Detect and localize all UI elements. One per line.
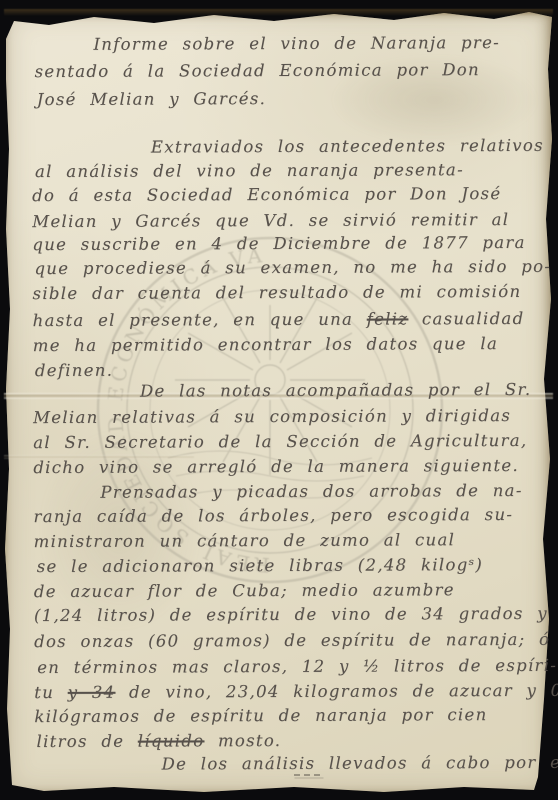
title-line: Informe sobre el vino de Naranja pre-: [93, 32, 500, 56]
manuscript-line: al Sr. Secretario de la Sección de Agric…: [33, 430, 527, 454]
struck-word: líquido: [138, 731, 205, 750]
manuscript-line: litros de líquido mosto.: [36, 730, 281, 753]
manuscript-line: sible dar cuenta del resultado de mi com…: [32, 281, 521, 305]
line-text: mosto.: [204, 731, 281, 750]
pencil-dash-mark: [294, 774, 324, 776]
manuscript-line: se le adicionaron siete libras (2,48 kil…: [37, 554, 484, 578]
line-text: casualidad: [408, 309, 524, 329]
manuscript-line: dos onzas (60 gramos) de espíritu de nar…: [34, 629, 550, 653]
manuscript-line: Prensadas y picadas dos arrobas de na-: [100, 480, 522, 504]
manuscript-line: que procediese á su examen, no me ha sid…: [34, 256, 551, 280]
manuscript-text: Informe sobre el vino de Naranja pre- se…: [0, 0, 558, 800]
line-text: tu: [34, 683, 67, 702]
manuscript-line: De los análisis llevados á cabo por el: [162, 752, 558, 776]
line-text: hasta el presente, en que una: [33, 310, 367, 330]
manuscript-line: al análisis del vino de naranja presenta…: [35, 159, 464, 183]
struck-word: y 34: [68, 683, 116, 702]
manuscript-line: do á esta Sociedad Económica por Don Jos…: [32, 183, 501, 207]
scanned-document-page: REAL SOCIEDAD ECONÓMICA VALENCIANA DE AM…: [0, 0, 558, 800]
manuscript-line: De las notas acompañadas por el Sr.: [140, 379, 532, 403]
manuscript-line: hasta el presente, en que una feliz casu…: [33, 308, 525, 332]
title-line: José Melian y Garcés.: [37, 88, 267, 111]
manuscript-line: Melian relativas á su composición y diri…: [33, 405, 511, 429]
manuscript-line: en términos mas claros, 12 y ½ litros de…: [37, 655, 557, 679]
line-text: de vino, 23,04 kilogramos de azucar y 0,…: [115, 681, 558, 702]
manuscript-line: Melian y Garcés que Vd. se sirvió remiti…: [32, 209, 509, 233]
manuscript-line: Extraviados los antecedentes relativos: [151, 135, 544, 159]
line-text: litros de: [36, 732, 137, 751]
struck-word: feliz: [367, 309, 409, 328]
manuscript-line: que suscribe en 4 de Diciembre de 1877 p…: [32, 232, 526, 256]
manuscript-line: (1,24 litros) de espíritu de vino de 34 …: [34, 603, 548, 627]
title-line: sentado á la Sociedad Económica por Don: [35, 59, 480, 83]
manuscript-line: definen.: [35, 360, 113, 382]
manuscript-line: dicho vino se arregló de la manera sigui…: [33, 455, 519, 479]
manuscript-line: me ha permitido encontrar los datos que …: [33, 333, 498, 357]
manuscript-line: de azucar flor de Cuba; medio azumbre: [34, 579, 455, 603]
manuscript-line: ministraron un cántaro de zumo al cual: [34, 529, 456, 553]
manuscript-line: kilógramos de espíritu de naranja por ci…: [34, 704, 487, 728]
manuscript-line: tu y 34 de vino, 23,04 kilogramos de azu…: [34, 680, 558, 704]
manuscript-line: ranja caída de los árboles, pero escogid…: [33, 504, 513, 528]
